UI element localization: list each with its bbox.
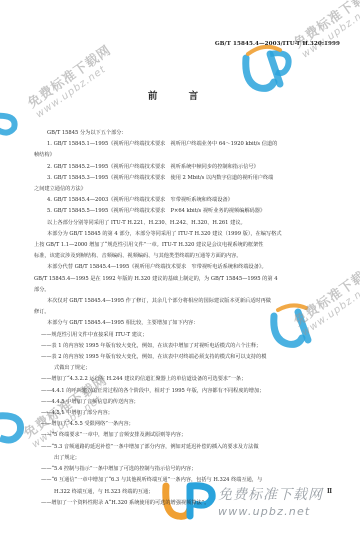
watermark-text-top-right: 免费标准下载网 www.upbz.net bbox=[292, 0, 360, 61]
paragraph-line: 标准，该建议涉及到帧结构、音频编码、视频编码、与其他类型终端的互通等方面的内容。 bbox=[34, 251, 328, 262]
standard-code: GB/T 15845.4—2003/ITU-T H.320:1999 bbox=[215, 41, 340, 47]
paragraph-line: 3. GB/T 15845.3—1995《视听用户终端技术要求 使用 2 Mbi… bbox=[36, 173, 328, 184]
paragraph-line: ——增加了“4.3.2.2 运行在 H.244 建议的信道汇聚器上的单信道设备的… bbox=[36, 374, 328, 385]
paragraph-line: 本部分为 GB/T 15845 的第 4 部分，本部分等同采用了 ITU-T H… bbox=[36, 229, 328, 240]
watermark-brand: 免费标准下载网 www.upbz.net bbox=[218, 484, 323, 518]
paragraph-line: 4. GB/T 15845.4—2003《视听用户终端技术要求 窄带视听系统和终… bbox=[36, 195, 328, 206]
paragraph-line: ——规范性引用文件中直接采用 ITU-T 建议； bbox=[36, 330, 328, 341]
paragraph-line: 上按 GB/T 1.1—2000 增加了“规范性引用文件”一章。ITU-T H.… bbox=[34, 240, 328, 251]
paragraph-line: 以上各部分分别等同采用了 ITU-T H.221、H.230、H.242、H.3… bbox=[36, 218, 328, 229]
page-number: Ⅱ bbox=[327, 488, 332, 495]
brand-cn: 免费标准下载网 bbox=[218, 484, 323, 504]
paragraph-line: ——4.5.1 中增加了部分内容； bbox=[36, 408, 328, 419]
watermark-text-top-left: 免费标准下载网 www.upbz.net bbox=[26, 44, 121, 121]
brand-url: www.upbz.net bbox=[218, 505, 323, 518]
document-body: GB/T 15845 分为以下五个部分：1. GB/T 15845.1—1995… bbox=[36, 128, 328, 509]
paragraph-line: 修订。 bbox=[34, 307, 328, 318]
paragraph-line: 本部分与 GB/T 15845.4—1995 相比较，主要增加了如下内容： bbox=[36, 318, 328, 329]
paragraph-line: 本次仅对 GB/T 15845.4—1995 作了修订，其余几个部分将相应的国际… bbox=[36, 296, 328, 307]
paragraph-line: ——表 1 的内容较 1995 年版有较大变化，例如，在该表中增加了对视听电话模… bbox=[36, 341, 328, 352]
paragraph-line: 部分。 bbox=[34, 285, 328, 296]
page-title: 前 言 bbox=[0, 88, 360, 102]
watermark-logo-top bbox=[240, 44, 296, 94]
paragraph-line: ——表 2 的内容较 1995 年版有较大变化，例如，在该表中对终端必须支持的模… bbox=[36, 352, 328, 363]
paragraph-line: ——增加了“4.5.5 受限网络”一条内容； bbox=[36, 419, 328, 430]
paragraph-line: 本部分代替 GB/T 15845.4—1995《视听用户终端技术要求 窄带视听电… bbox=[36, 262, 328, 273]
paragraph-line: 1. GB/T 15845.1—1995《视听用户终端技术要求 视听用户终端业务… bbox=[36, 139, 328, 150]
paragraph-line: ——4.4.5 中增加了音频信息的传送内容； bbox=[36, 397, 328, 408]
paragraph-line: ——“5 终端要求”一章中，增加了音频安排及测试原则等内容； bbox=[36, 430, 328, 441]
paragraph-line: 5. GB/T 15845.5—1995《视听用户终端技术要求 P×64 kbi… bbox=[36, 206, 328, 217]
paragraph-line: 之间建立通信的方法》 bbox=[34, 184, 328, 195]
paragraph-line: 式做出了规定； bbox=[36, 363, 328, 374]
paragraph-line: GB/T 15845 分为以下五个部分： bbox=[36, 128, 328, 139]
paragraph-line: ——4.4.1 的呼叫建立的正常过程的各个阶段中，相对于 1995 年版，内容都… bbox=[36, 386, 328, 397]
watermark-logo-left bbox=[0, 110, 22, 140]
watermark-logo-left-lower bbox=[0, 410, 28, 460]
paragraph-line: 帧结构》 bbox=[34, 150, 328, 161]
paragraph-line: ——“5.4 控制与指示”一条中增加了可选的控制与指示信号的内容； bbox=[36, 464, 328, 475]
paragraph-line: 出了规定； bbox=[36, 453, 328, 464]
paragraph-line: GB/T 15845.4—1995 是在 1992 年版的 H.320 建议的基… bbox=[34, 274, 328, 285]
paragraph-line: ——“5.3 音频通路的延迟补偿”一条中增加了部分内容，例如对延迟补偿的插入的要… bbox=[36, 442, 328, 453]
paragraph-line: 2. GB/T 15845.2—1995《视听用户终端技术要求 视听系统中帧同步… bbox=[36, 162, 328, 173]
